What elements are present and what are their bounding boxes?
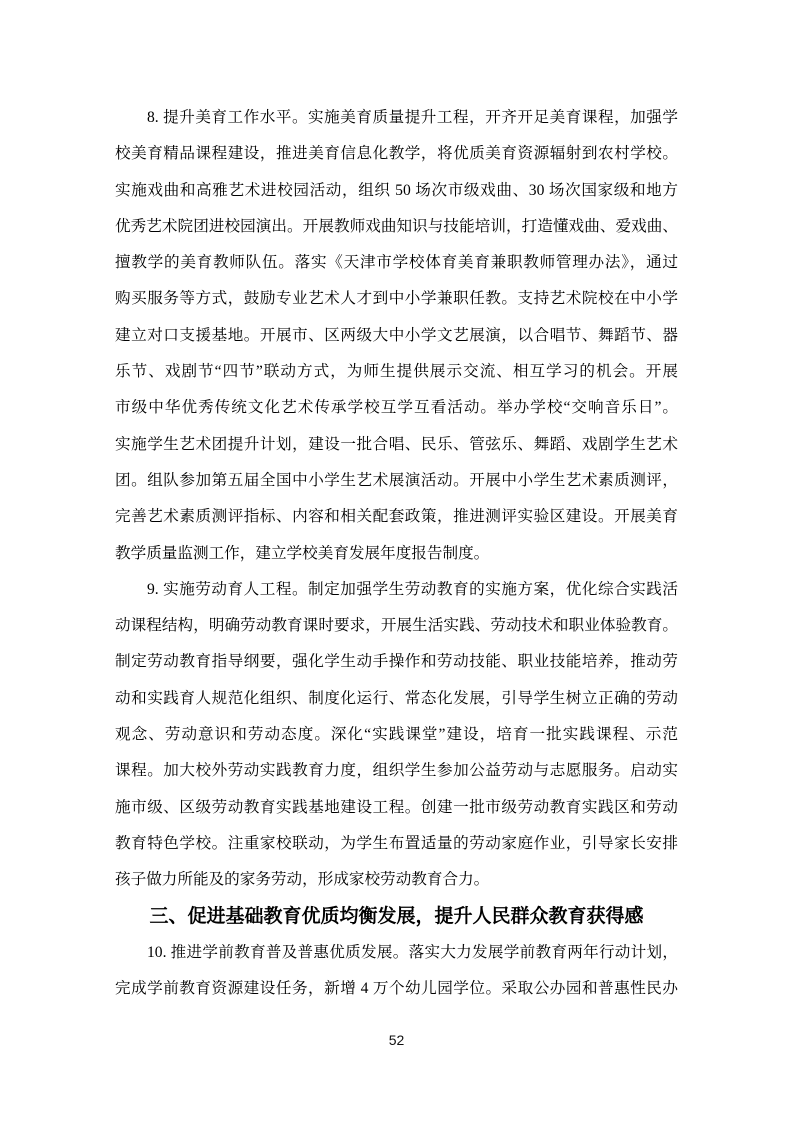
- text-line: 8. 提升美育工作水平。实施美育质量提升工程，开齐开足美育课程，加强学: [115, 100, 678, 136]
- text-line: 建立对口支援基地。开展市、区两级大中小学文艺展演，以合唱节、舞蹈节、器: [115, 318, 678, 354]
- text-line: 施市级、区级劳动教育实践基地建设工程。创建一批市级劳动教育实践区和劳动: [115, 790, 678, 826]
- text-line: 动课程结构，明确劳动教育课时要求，开展生活实践、劳动技术和职业体验教育。: [115, 608, 678, 644]
- text-line: 完善艺术素质测评指标、内容和相关配套政策，推进测评实验区建设。开展美育: [115, 499, 678, 535]
- page-number: 52: [389, 1032, 405, 1048]
- text-line: 市级中华优秀传统文化艺术传承学校互学互看活动。举办学校“交响音乐日”。: [115, 390, 678, 426]
- text-line: 完成学前教育资源建设任务，新增 4 万个幼儿园学位。采取公办园和普惠性民办: [115, 971, 678, 1007]
- document-page: 8. 提升美育工作水平。实施美育质量提升工程，开齐开足美育课程，加强学校美育精品…: [0, 0, 793, 1122]
- text-line: 孩子做力所能及的家务劳动，形成家校劳动教育合力。: [115, 862, 678, 898]
- text-line: 擅教学的美育教师队伍。落实《天津市学校体育美育兼职教师管理办法》，通过: [115, 245, 678, 281]
- text-line: 教学质量监测工作，建立学校美育发展年度报告制度。: [115, 536, 678, 572]
- section-3-heading: 三、促进基础教育优质均衡发展，提升人民群众教育获得感: [115, 899, 678, 935]
- text-line: 优秀艺术院团进校园演出。开展教师戏曲知识与技能培训，打造懂戏曲、爱戏曲、: [115, 209, 678, 245]
- text-line: 团。组队参加第五届全国中小学生艺术展演活动。开展中小学生艺术素质测评，: [115, 463, 678, 499]
- text-line: 9. 实施劳动育人工程。制定加强学生劳动教育的实施方案，优化综合实践活: [115, 572, 678, 608]
- text-line: 教育特色学校。注重家校联动，为学生布置适量的劳动家庭作业，引导家长安排: [115, 826, 678, 862]
- text-line: 课程。加大校外劳动实践教育力度，组织学生参加公益劳动与志愿服务。启动实: [115, 753, 678, 789]
- text-line: 乐节、戏剧节“四节”联动方式，为师生提供展示交流、相互学习的机会。开展: [115, 354, 678, 390]
- text-line: 观念、劳动意识和劳动态度。深化“实践课堂”建设，培育一批实践课程、示范: [115, 717, 678, 753]
- text-line: 制定劳动教育指导纲要，强化学生动手操作和劳动技能、职业技能培养，推动劳: [115, 644, 678, 680]
- page-footer: 52: [0, 1032, 793, 1048]
- text-line: 校美育精品课程建设，推进美育信息化教学，将优质美育资源辐射到农村学校。: [115, 136, 678, 172]
- document-body: 8. 提升美育工作水平。实施美育质量提升工程，开齐开足美育课程，加强学校美育精品…: [115, 100, 678, 1007]
- text-line: 动和实践育人规范化组织、制度化运行、常态化发展，引导学生树立正确的劳动: [115, 681, 678, 717]
- text-line: 10. 推进学前教育普及普惠优质发展。落实大力发展学前教育两年行动计划，: [115, 935, 678, 971]
- text-line: 购买服务等方式，鼓励专业艺术人才到中小学兼职任教。支持艺术院校在中小学: [115, 281, 678, 317]
- text-line: 实施戏曲和高雅艺术进校园活动，组织 50 场次市级戏曲、30 场次国家级和地方: [115, 173, 678, 209]
- text-line: 实施学生艺术团提升计划，建设一批合唱、民乐、管弦乐、舞蹈、戏剧学生艺术: [115, 427, 678, 463]
